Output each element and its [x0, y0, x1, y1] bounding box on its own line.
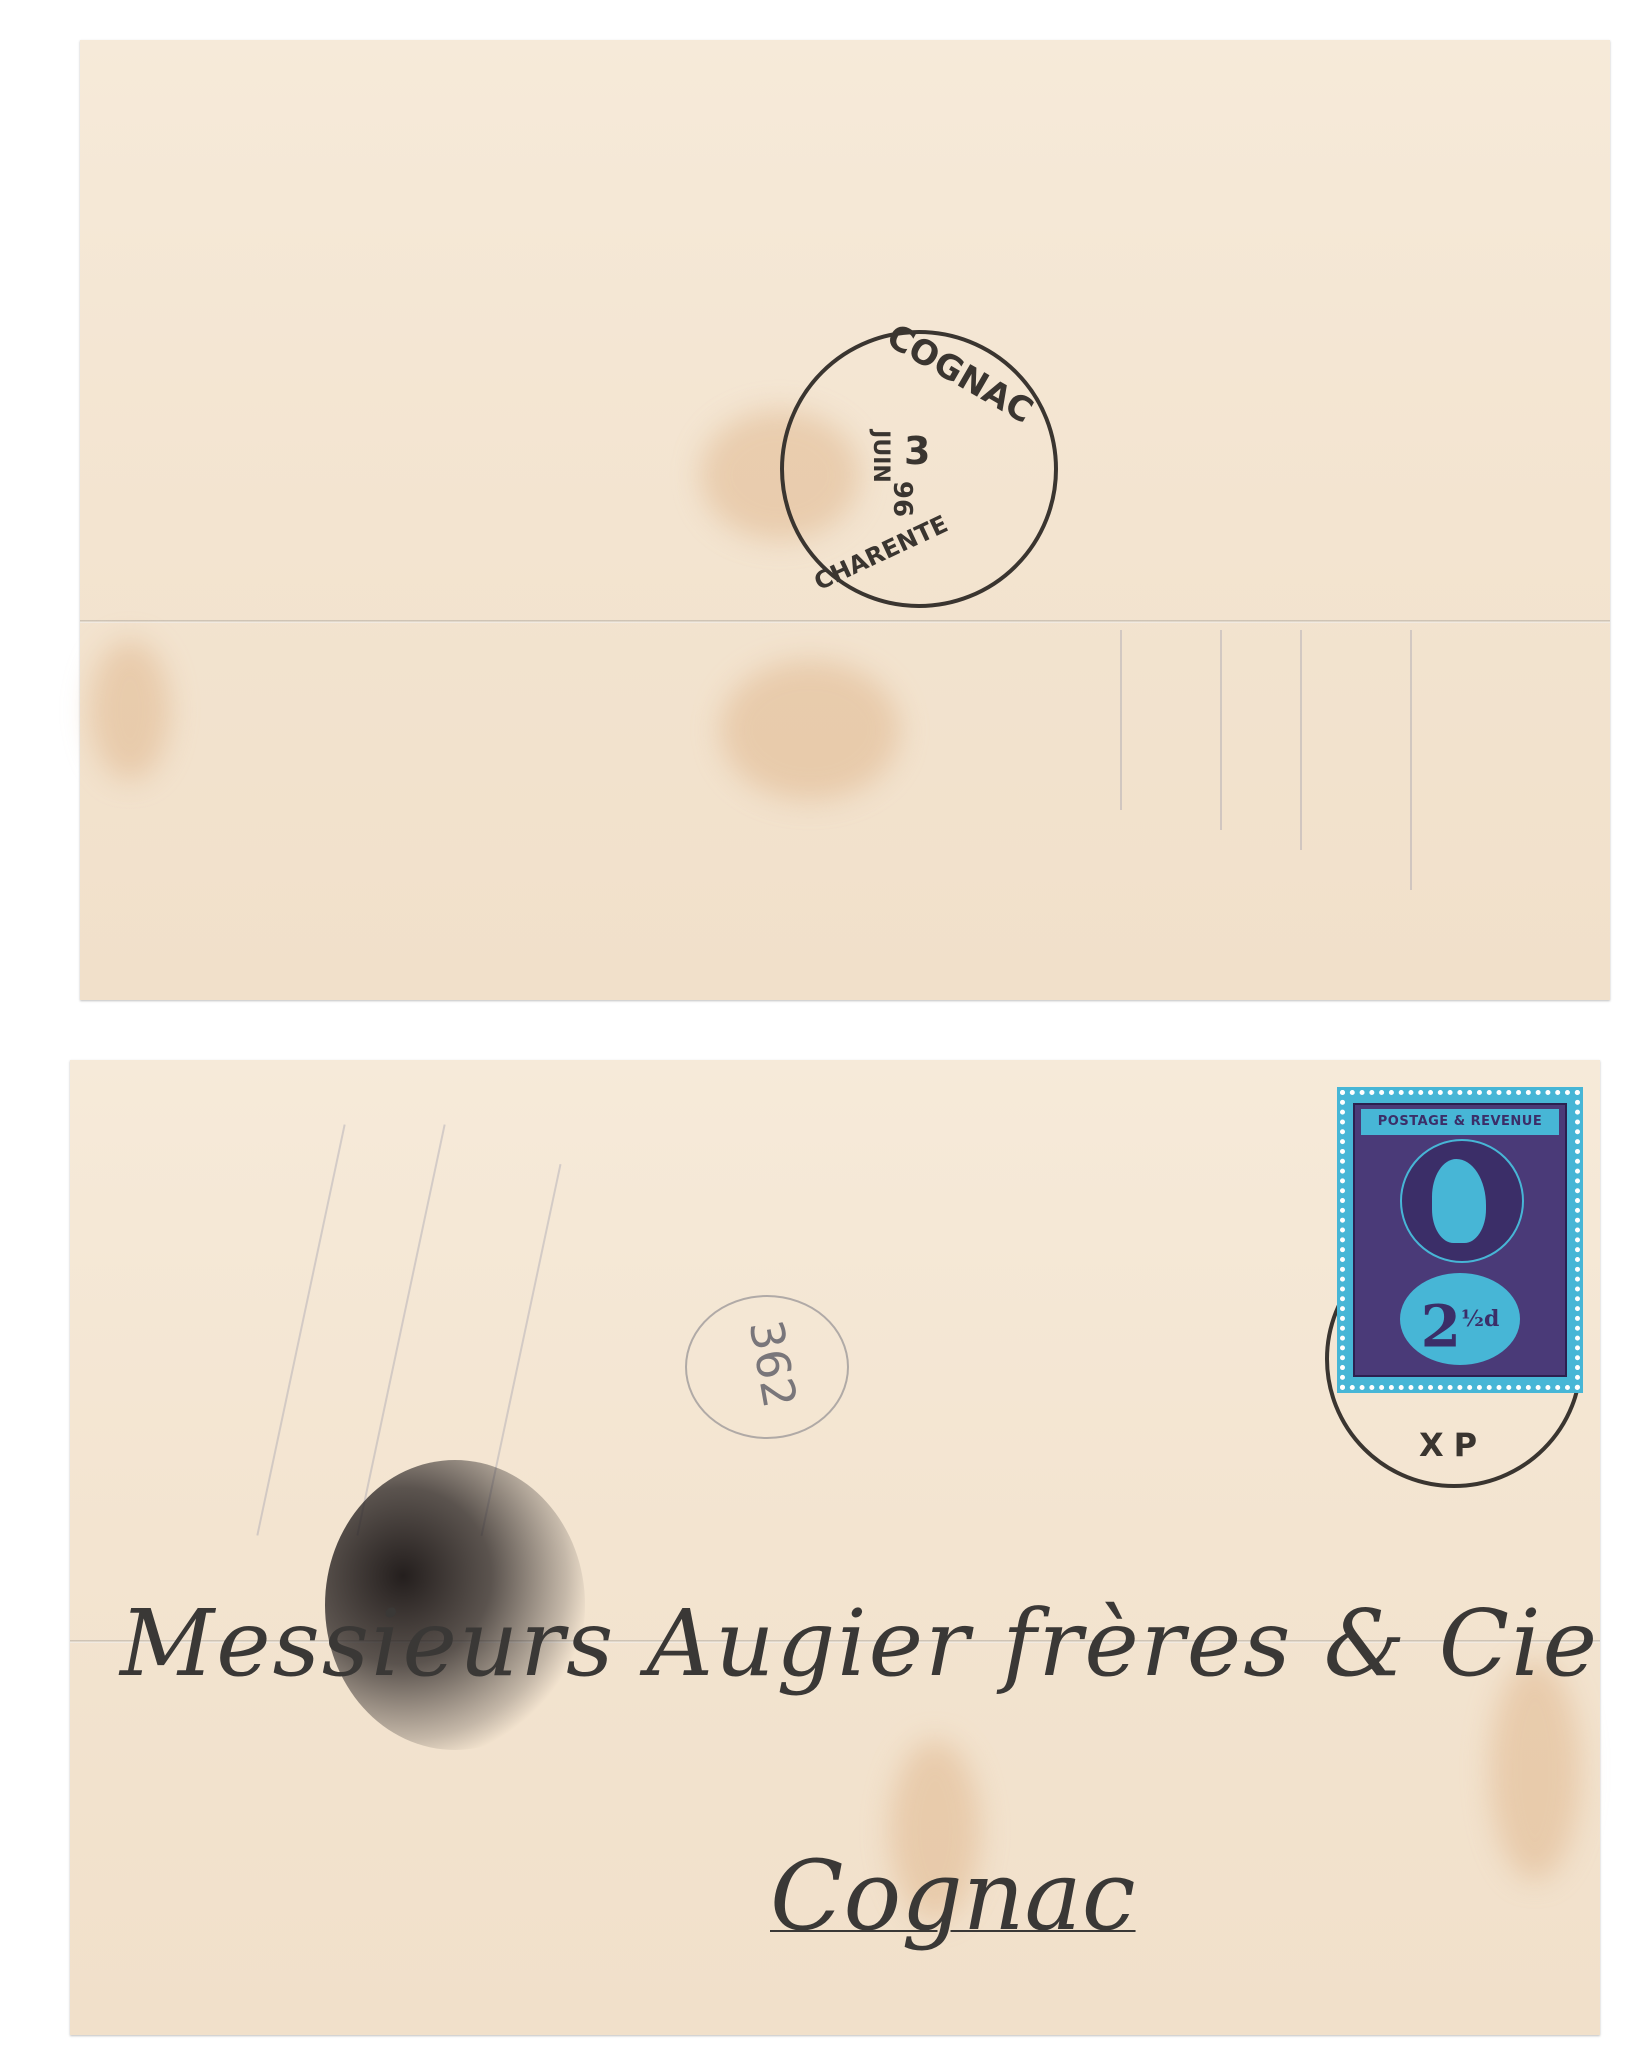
postmark-town: COGNAC — [880, 316, 1040, 431]
letter-back-panel: COGNAC 3 JUIN 96 CHARENTE — [80, 40, 1610, 1000]
postmark-month: JUIN — [868, 430, 893, 483]
foxing-stain — [90, 640, 170, 780]
cancel-code: XP — [1419, 1426, 1487, 1464]
fold-crease — [80, 620, 1610, 623]
letter-front-panel: 362 XP POSTAGE & REVENUE 2½d Messieurs A… — [70, 1060, 1600, 2035]
address-line-2: Cognac — [770, 1840, 1136, 1952]
pencil-column-line — [1120, 630, 1122, 810]
queen-victoria-portrait-icon — [1400, 1139, 1524, 1263]
postmark-year: 96 — [887, 481, 917, 517]
postmark-day: 3 — [904, 429, 930, 473]
address-line-1: Messieurs Augier frères & Cie — [120, 1590, 1599, 1697]
pencil-column-line — [1410, 630, 1412, 890]
pencil-column-line — [256, 1124, 345, 1535]
foxing-stain — [720, 660, 900, 800]
stamp-denomination: 2½d — [1400, 1273, 1520, 1365]
pencil-column-line — [1300, 630, 1302, 850]
postage-stamp: POSTAGE & REVENUE 2½d — [1340, 1090, 1580, 1390]
stamp-frame: POSTAGE & REVENUE 2½d — [1353, 1103, 1567, 1377]
stamp-inscription: POSTAGE & REVENUE — [1361, 1109, 1559, 1135]
postmark-department: CHARENTE — [810, 510, 952, 596]
cognac-postmark: COGNAC 3 JUIN 96 CHARENTE — [780, 330, 1058, 608]
pencil-column-line — [1220, 630, 1222, 830]
pencil-circled-number: 362 — [685, 1295, 849, 1439]
